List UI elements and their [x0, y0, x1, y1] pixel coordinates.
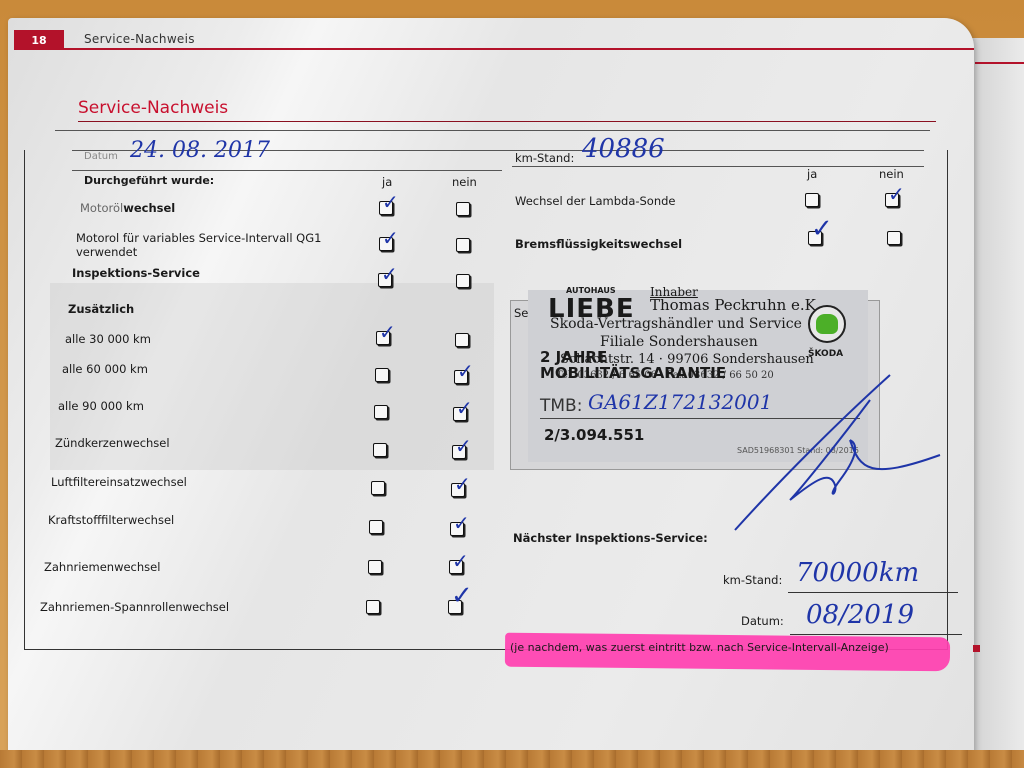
stamp-owner: Thomas Peckruhn e.K.: [650, 296, 821, 314]
naechster-service-label: Nächster Inspektions-Service:: [513, 531, 708, 545]
checkbox-bremsfluessigkeit-nein[interactable]: [887, 231, 901, 245]
checkbox-kraftstoff-ja[interactable]: [369, 520, 383, 534]
checkbox-lambda-ja[interactable]: [805, 193, 819, 207]
checkbox-kraftstoff-nein[interactable]: ✓: [450, 522, 464, 536]
checkbox-inspektion-ja[interactable]: ✓: [378, 273, 392, 287]
col-ja-left: ja: [382, 175, 392, 189]
checkbox-motoroel-nein[interactable]: [456, 202, 470, 216]
skoda-label: ŠKODA: [808, 349, 843, 359]
checkbox-60000-nein[interactable]: ✓: [454, 370, 468, 384]
checkmark-icon: ✓: [451, 583, 473, 609]
checkbox-luftfilter-nein[interactable]: ✓: [451, 483, 465, 497]
checkbox-qg1-nein[interactable]: [456, 238, 470, 252]
footnote: (je nachdem, was zuerst eintritt bzw. na…: [510, 641, 889, 654]
checkbox-90000-nein[interactable]: ✓: [453, 407, 467, 421]
row-divider: [72, 170, 502, 171]
km-stand-label: km-Stand:: [515, 151, 574, 165]
datum-value[interactable]: 24. 08. 2017: [130, 138, 270, 163]
checkmark-icon: ✓: [811, 216, 833, 242]
garantie-line2: MOBILITÄTSGARANTIE: [540, 364, 726, 382]
checkbox-bremsfluessigkeit-ja[interactable]: ✓: [808, 231, 822, 245]
checkmark-icon: ✓: [888, 184, 905, 204]
col-ja-right: ja: [807, 167, 817, 181]
running-head: Service-Nachweis: [84, 32, 195, 46]
checkbox-motoroel-ja[interactable]: ✓: [379, 201, 393, 215]
checkbox-30000-nein[interactable]: [455, 333, 469, 347]
item-motoroel-qg1: Motorol für variables Service-Intervall …: [76, 231, 366, 259]
stamp-line2: Filiale Sondershausen: [600, 334, 758, 350]
zusaetzlich-label: Zusätzlich: [68, 302, 134, 316]
checkmark-icon: ✓: [381, 264, 398, 284]
header-rule: [64, 48, 974, 50]
checkbox-zahnriemen-ja[interactable]: [368, 560, 382, 574]
checkbox-luftfilter-ja[interactable]: [371, 481, 385, 495]
table-surface: [0, 750, 1024, 768]
next-datum-line: [790, 634, 962, 635]
next-km-value[interactable]: 70000km: [796, 558, 919, 588]
checkmark-icon: ✓: [455, 436, 472, 456]
col-nein-right: nein: [879, 167, 904, 181]
item-bremsfluessigkeit: Bremsflüssigkeitswechsel: [515, 237, 682, 251]
km-stand-value[interactable]: 40886: [582, 134, 665, 164]
item-90000: alle 90 000 km: [58, 399, 144, 413]
next-km-line: [788, 592, 958, 593]
page-marker: [973, 645, 980, 652]
next-km-label: km-Stand:: [723, 573, 782, 587]
form-top-line: [55, 130, 930, 131]
checkbox-spannrolle-nein[interactable]: ✓: [448, 600, 462, 614]
checkmark-icon: ✓: [452, 551, 469, 571]
item-spannrolle: Zahnriemen-Spannrollenwechsel: [40, 600, 229, 614]
durchgefuehrt-label: Durchgeführt wurde:: [84, 174, 214, 187]
checkmark-icon: ✓: [453, 513, 470, 533]
checkmark-icon: ✓: [454, 474, 471, 494]
page-title: Service-Nachweis: [78, 98, 228, 118]
checkmark-icon: ✓: [379, 322, 396, 342]
item-luftfilter: Luftfiltereinsatzwechsel: [51, 475, 187, 489]
checkmark-icon: ✓: [457, 361, 474, 381]
checkbox-spannrolle-ja[interactable]: [366, 600, 380, 614]
checkmark-icon: ✓: [456, 398, 473, 418]
item-kraftstofffilter: Kraftstofffilterwechsel: [48, 513, 174, 527]
stamp-code: 2/3.094.551: [544, 426, 644, 444]
col-nein-left: nein: [452, 175, 477, 189]
title-rule: [78, 121, 936, 122]
item-zuendkerzen: Zündkerzenwechsel: [55, 436, 170, 450]
item-inspektions-service: Inspektions-Service: [72, 266, 200, 280]
item-lambda-sonde: Wechsel der Lambda-Sonde: [515, 194, 676, 208]
skoda-logo-icon: [808, 305, 846, 343]
checkbox-qg1-ja[interactable]: ✓: [379, 237, 393, 251]
next-datum-label: Datum:: [741, 614, 784, 628]
checkbox-zuendkerzen-nein[interactable]: ✓: [452, 445, 466, 459]
page-number: 18: [14, 30, 64, 50]
checkbox-90000-ja[interactable]: [374, 405, 388, 419]
checkbox-inspektion-nein[interactable]: [456, 274, 470, 288]
checkbox-lambda-nein[interactable]: ✓: [885, 193, 899, 207]
checkbox-zuendkerzen-ja[interactable]: [373, 443, 387, 457]
item-motoroelwechsel: Motorölwechsel: [80, 201, 175, 215]
item-60000: alle 60 000 km: [62, 362, 148, 376]
item-30000: alle 30 000 km: [65, 332, 151, 346]
checkbox-30000-ja[interactable]: ✓: [376, 331, 390, 345]
signature-icon: [720, 360, 950, 540]
datum-label: Datum: [84, 151, 118, 162]
checkmark-icon: ✓: [382, 228, 399, 248]
checkmark-icon: ✓: [382, 192, 399, 212]
row-divider: [512, 166, 924, 167]
tmb-label: TMB:: [540, 396, 582, 416]
stamp-line1: Skoda-Vertragshändler und Service: [550, 316, 802, 332]
item-zahnriemen: Zahnriemenwechsel: [44, 560, 160, 574]
checkbox-zahnriemen-nein[interactable]: ✓: [449, 560, 463, 574]
checkbox-60000-ja[interactable]: [375, 368, 389, 382]
next-datum-value[interactable]: 08/2019: [806, 600, 914, 630]
